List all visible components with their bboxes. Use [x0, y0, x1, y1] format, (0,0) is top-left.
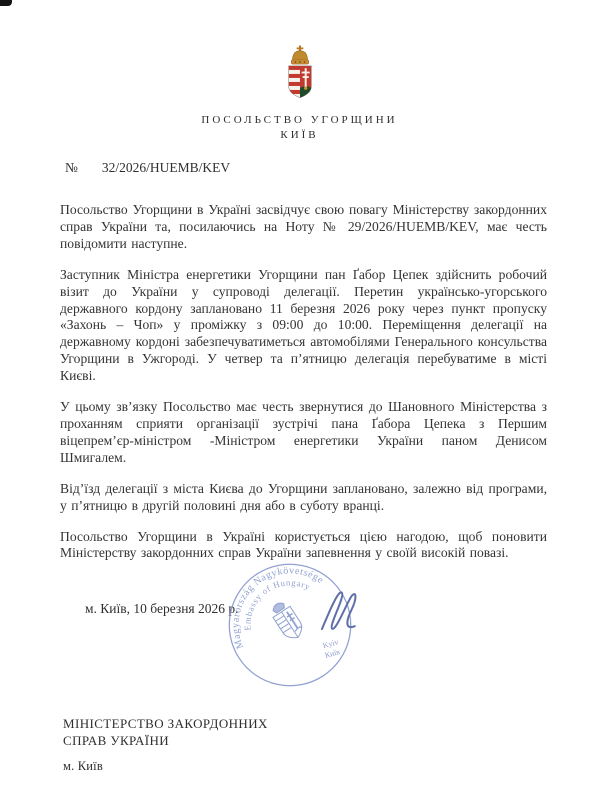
paragraph-meeting-request: У цьому зв’язку Посольство має честь зве… [60, 399, 547, 467]
recipient-block: МІНІСТЕРСТВО ЗАКОРДОННИХ СПРАВ УКРАЇНИ м… [63, 715, 268, 775]
reference-number: 32/2026/HUEMB/KEV [102, 160, 230, 175]
reference-line: №32/2026/HUEMB/KEV [65, 160, 230, 176]
letter-body: Посольство Угорщини в Україні засвідчує … [60, 202, 547, 576]
scanned-letter-page: { "header": { "embassy_name": "ПОСОЛЬСТВ… [0, 0, 599, 800]
scan-corner-artifact [0, 0, 12, 6]
hungary-coat-of-arms-icon [277, 44, 323, 106]
paragraph-salutation: Посольство Угорщини в Україні засвідчує … [60, 202, 547, 253]
embassy-city: КИЇВ [0, 129, 599, 141]
signature-mark [316, 579, 369, 643]
embassy-name: ПОСОЛЬСТВО УГОРЩИНИ [0, 114, 599, 126]
letterhead: ПОСОЛЬСТВО УГОРЩИНИ КИЇВ [0, 44, 599, 141]
recipient-line1: МІНІСТЕРСТВО ЗАКОРДОННИХ [63, 715, 268, 732]
paragraph-visit-details: Заступник Міністра енергетики Угорщини п… [60, 267, 547, 385]
recipient-line2: СПРАВ УКРАЇНИ [63, 732, 268, 749]
stamp-coat-of-arms-icon [268, 599, 307, 643]
recipient-city: м. Київ [63, 758, 268, 775]
number-sign: № [65, 160, 78, 175]
paragraph-departure: Від’їзд делегації з міста Києва до Угорщ… [60, 481, 547, 515]
